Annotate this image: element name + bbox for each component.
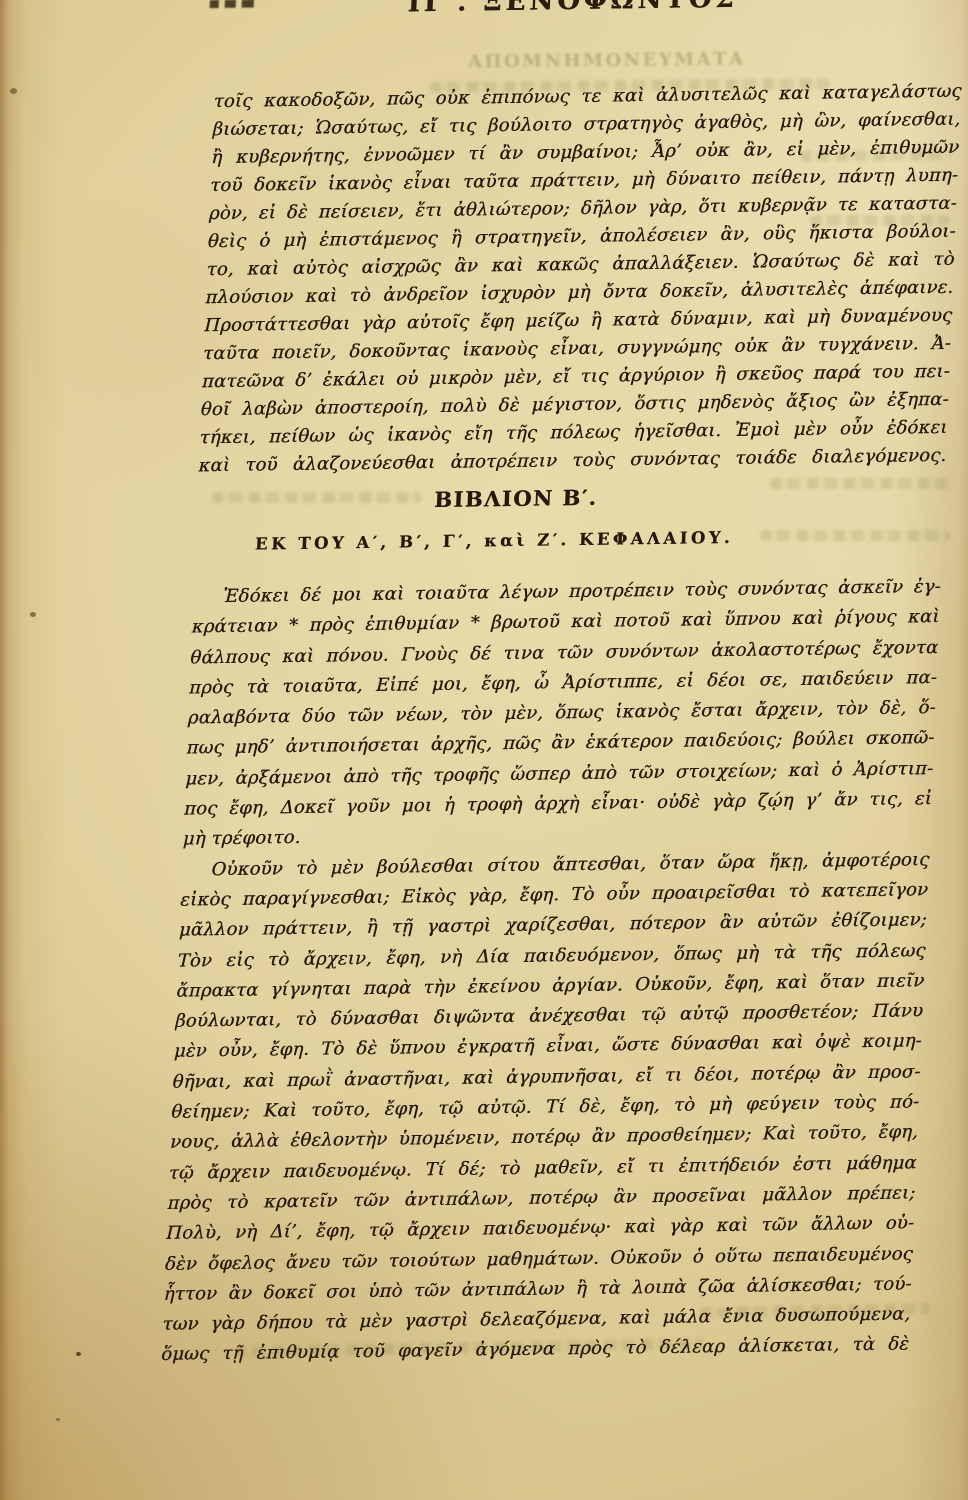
paragraph: Ἐδόκει δέ μοι καὶ τοιαῦτα λέγων προτρέπε… [182, 572, 941, 855]
book-heading: ΒΙΒΛΙΟΝ Β′. [196, 479, 945, 517]
paragraph: τοῖς κακοδοξῶν, πῶς οὐκ ἐπιπόνως τε καὶ … [198, 78, 962, 481]
paragraph: Οὐκοῦν τὸ μὲν βούλεσθαι σίτου ἅπτεσθαι, … [161, 845, 931, 1371]
running-header: ΙΓ′. ΞΕΝΟΦΩΝΤΟΣ [407, 0, 738, 18]
page-number-remnant [210, 0, 254, 8]
scanned-content: ΙΓ′. ΞΕΝΟΦΩΝΤΟΣ τοῖς κακοδοξῶν, πῶς οὐκ … [0, 0, 968, 1500]
chapter-heading: ΕΚ ΤΟΥ Α′, Β′, Γ′, καὶ Ζ′. ΚΕΦΑΛΑΙΟΥ. [195, 524, 944, 556]
text-block: τοῖς κακοδοξῶν, πῶς οὐκ ἐπιπόνως τε καὶ … [161, 78, 963, 1371]
book-page: ΑΠΟΜΝΗΜΟΝΕΥΜΑΤΑ ΙΓ′. ΞΕΝΟΦΩΝΤΟΣ τοῖς κακ… [0, 0, 968, 1500]
